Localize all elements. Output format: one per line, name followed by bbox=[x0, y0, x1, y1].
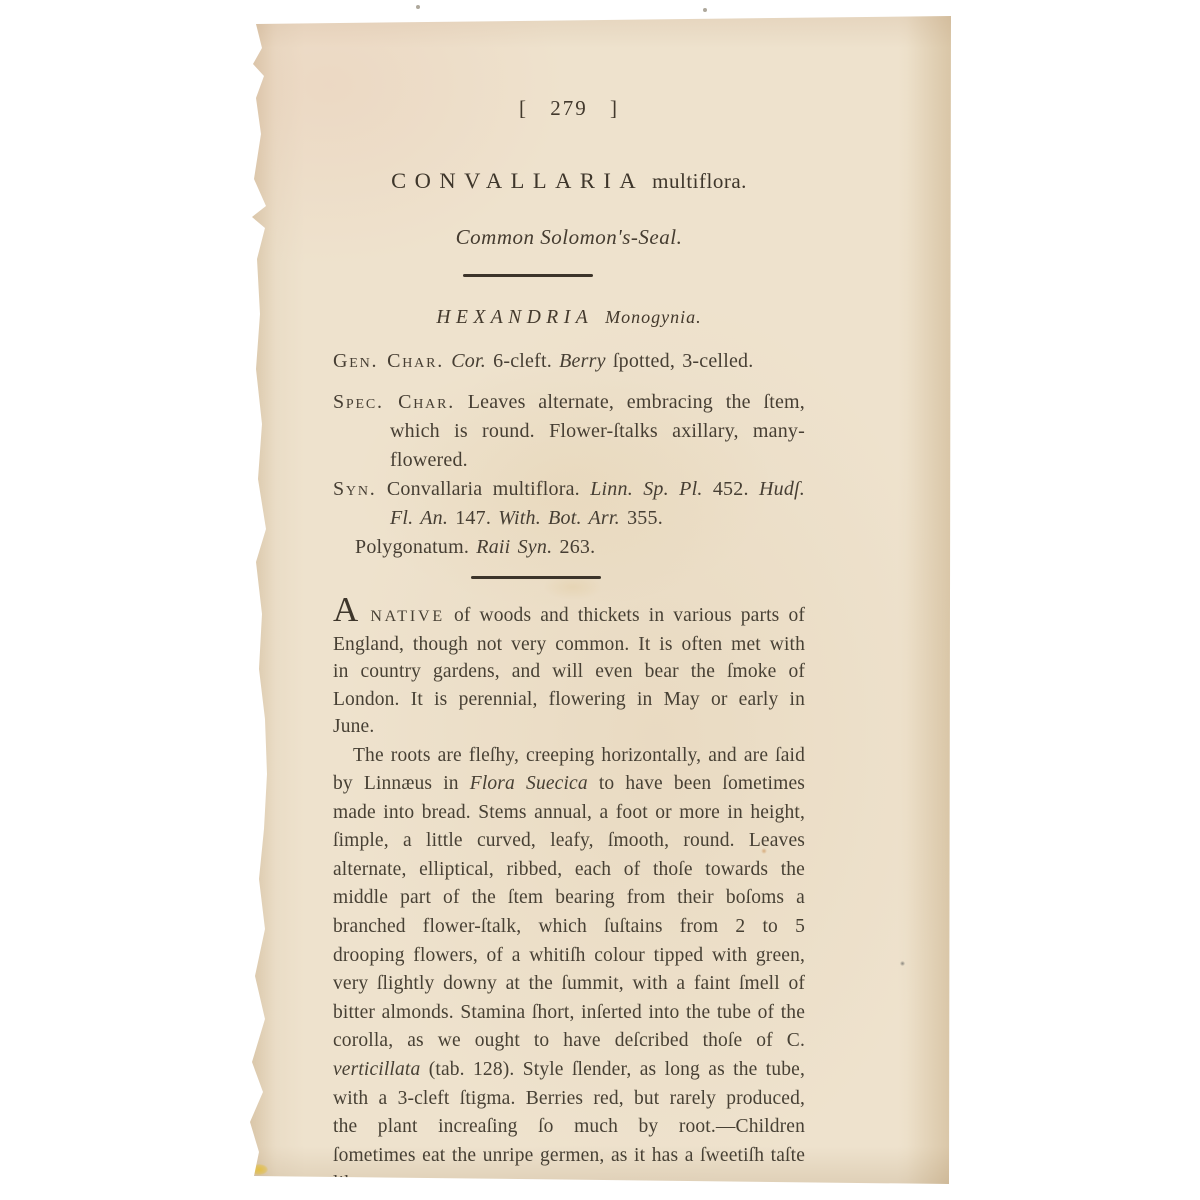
text-segment: Convallaria multiflora. bbox=[377, 478, 591, 500]
divider-rule-top bbox=[463, 274, 593, 277]
classification-line: HEXANDRIAMonogynia. bbox=[333, 306, 805, 329]
linnaean-class: HEXANDRIA bbox=[436, 307, 593, 328]
text-segment: Linn. Sp. Pl. bbox=[590, 478, 702, 500]
dust-speck bbox=[900, 961, 905, 966]
text-segment: verticillata bbox=[333, 1059, 420, 1080]
linnaean-order: Monogynia. bbox=[605, 307, 701, 327]
body-paragraph-1: A NATIVE of woods and thickets in variou… bbox=[333, 601, 805, 741]
text-segment: 147. bbox=[448, 507, 498, 529]
background-speck bbox=[416, 5, 420, 9]
text-segment: to have been ſometimes made into bread. … bbox=[333, 773, 805, 1051]
corner-yellow-stain bbox=[250, 1164, 268, 1175]
synonymy-entry: Syn. Convallaria multiflora. Linn. Sp. P… bbox=[333, 475, 805, 533]
syn-label: Syn. bbox=[333, 478, 377, 500]
text-segment: Cor. bbox=[451, 350, 486, 372]
scanned-book-page: [ 279 ] CONVALLARIAmultiflora. Common So… bbox=[0, 0, 1200, 1200]
text-segment: Polygonatum. bbox=[355, 536, 476, 558]
text-segment: 355. bbox=[620, 507, 663, 529]
spec-char-label: Spec. Char. bbox=[333, 391, 455, 413]
text-segment: Raii Syn. bbox=[476, 536, 552, 558]
body-paragraph-2: The roots are fleſhy, creeping horizonta… bbox=[333, 742, 805, 1200]
genus-name: CONVALLARIA bbox=[391, 168, 644, 193]
common-name: Common Solomon's-Seal. bbox=[333, 224, 805, 250]
synonymy-entry-polygonatum: Polygonatum. Raii Syn. 263. bbox=[333, 533, 805, 562]
generic-character-entry: Gen. Char. Cor. 6-cleft. Berry ſpotted, … bbox=[333, 347, 805, 376]
text-segment: 6-cleft. bbox=[486, 350, 559, 372]
drop-cap: A bbox=[333, 590, 361, 629]
background-speck bbox=[703, 8, 707, 12]
text-segment: 452. bbox=[703, 478, 759, 500]
text-segment bbox=[361, 605, 370, 626]
species-epithet: multiflora. bbox=[652, 169, 747, 193]
text-segment: 263. bbox=[552, 536, 595, 558]
species-title: CONVALLARIAmultiflora. bbox=[333, 167, 805, 195]
text-segment: Berry bbox=[559, 350, 606, 372]
text-segment: Flora Suecica bbox=[470, 773, 588, 794]
text-segment: With. Bot. Arr. bbox=[498, 507, 620, 529]
text-segment: NATIVE bbox=[370, 608, 445, 625]
specific-character-entry: Spec. Char. Leaves alternate, embracing … bbox=[333, 388, 805, 475]
page-content: [ 279 ] CONVALLARIAmultiflora. Common So… bbox=[333, 14, 805, 1199]
divider-rule-bottom bbox=[471, 576, 601, 579]
book-page-leaf: [ 279 ] CONVALLARIAmultiflora. Common So… bbox=[243, 14, 955, 1188]
text-segment: ſpotted, 3-celled. bbox=[606, 350, 754, 372]
gen-char-label: Gen. Char. bbox=[333, 350, 444, 372]
page-number: [ 279 ] bbox=[333, 96, 805, 120]
